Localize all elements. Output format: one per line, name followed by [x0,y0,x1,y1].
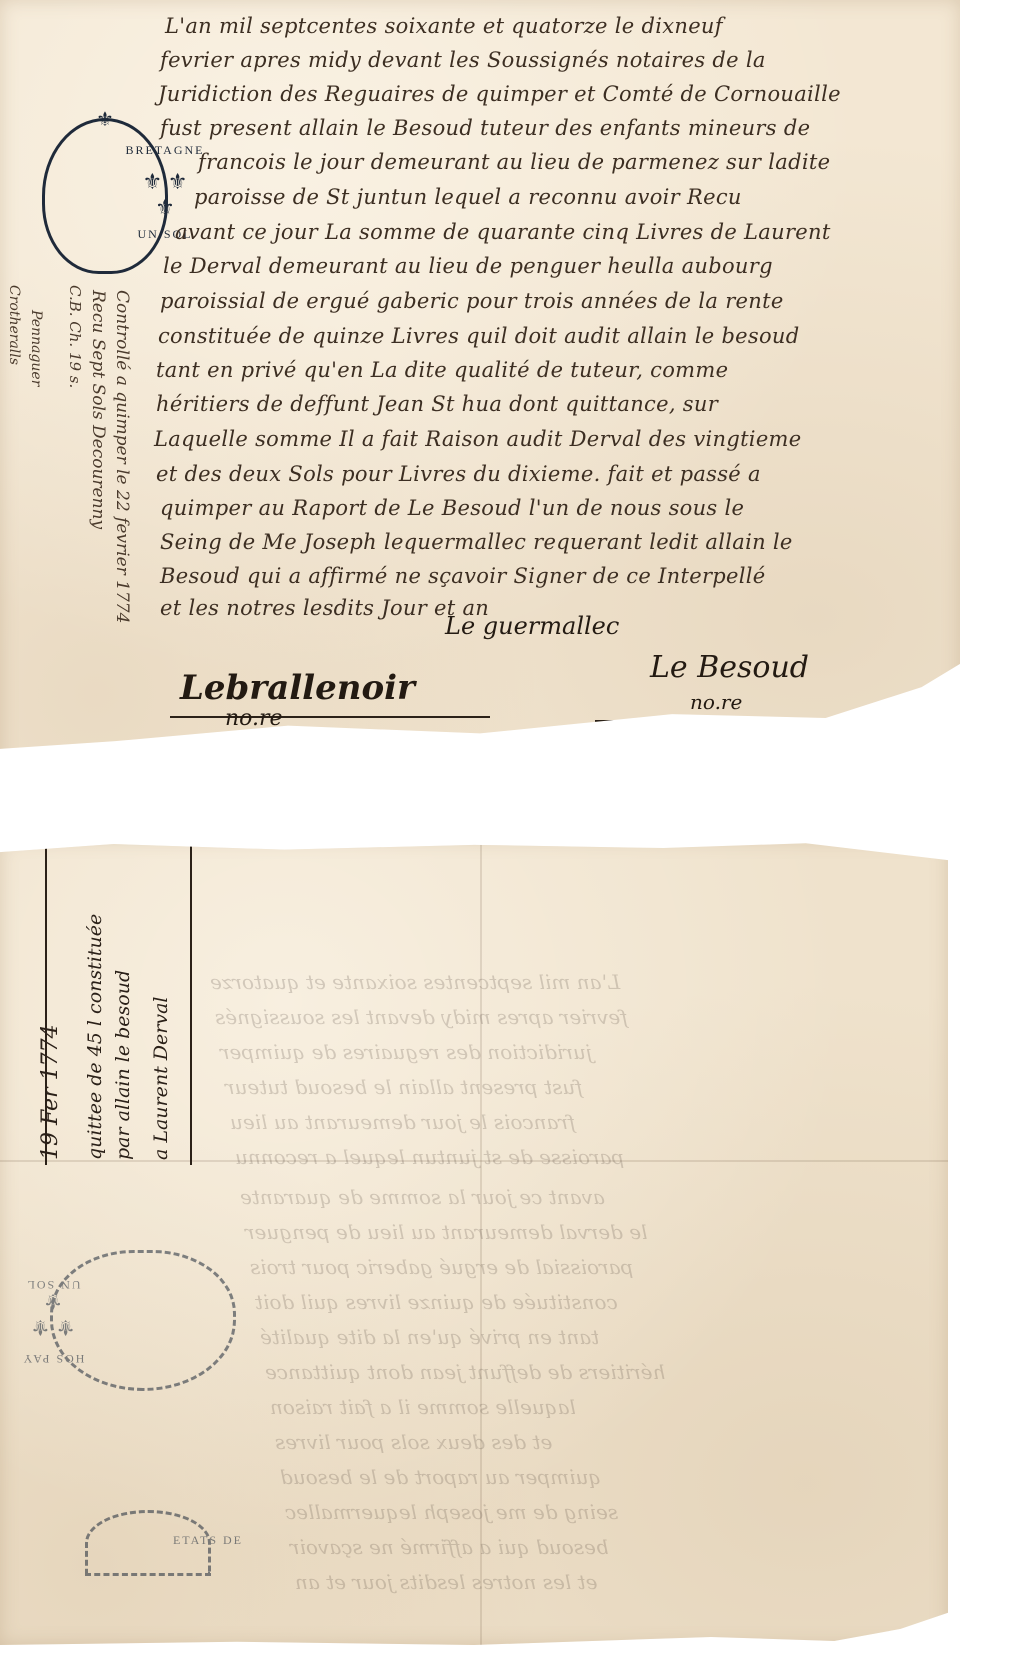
bleedthrough-line: juridiction des reguaires de quimper [220,1040,592,1064]
bleedthrough-line: besoud qui a affirmé ne sçavoir [290,1535,609,1559]
deed-line: constituée de quinze Livres quil doit au… [158,324,800,348]
deed-line: Laquelle somme Il a fait Raison audit De… [154,427,802,451]
bleedthrough-line: avant ce jour la somme de quarante [240,1185,605,1209]
deed-line: avant ce jour La somme de quarante cinq … [175,220,831,244]
signature-le-besoud: Le Besoud [650,650,809,685]
notary-title: no.re [690,690,742,714]
margin-note-line: Crotheralls [6,285,22,365]
signature-lebrallenoir: Lebrallenoir [180,668,415,708]
bleedthrough-line: tant en privé qu'en la dite qualité [260,1325,599,1349]
etats-stamp: ETATS DE [85,1510,211,1576]
signature-le-guermallec: Le guermallec [445,612,619,640]
deed-line: L'an mil septcentes soixante et quatorze… [165,14,723,38]
bleedthrough-line: laquelle somme il a fait raison [270,1395,576,1419]
docket-line: a Laurent Derval [150,997,172,1161]
stamp-text: ETATS DE [148,1533,268,1548]
bleedthrough-line: quimper au raport de le besoud [280,1465,601,1489]
deed-line: Juridiction des Reguaires de quimper et … [158,82,841,106]
deed-line: et des deux Sols pour Livres du dixieme.… [156,462,761,486]
bleedthrough-line: le derval demeurant au lieu de penguer [245,1220,647,1244]
docket-rule [190,840,192,1165]
notary-title: no.re [225,706,283,731]
signature-underline [595,720,835,722]
bleedthrough-line: fevrier apres midy devant les soussignés [215,1005,628,1029]
deed-line: paroisse de St juntun lequel a reconnu a… [194,185,742,209]
bleedthrough-line: paroisse de st juntun lequel a reconnu [235,1145,624,1169]
bretagne-tax-stamp-reverse: HOS PAY ⚜ ⚜⚜ UN SOL [50,1250,236,1391]
bleedthrough-line: et les notres lesdits jour et an [295,1570,598,1594]
deed-line: tant en privé qu'en La dite qualité de t… [156,358,728,382]
docket-line: par allain le besoud [112,970,134,1160]
bleedthrough-line: héritiers de deffunt jean dont quittance [265,1360,665,1384]
margin-note-line: Pennaguer [28,310,44,386]
margin-note-line: Recu Sept Sols Decourenny [88,290,108,529]
deed-line: fust present allain le Besoud tuteur des… [160,116,810,140]
bleedthrough-line: paroissial de ergué gaberic pour trois [250,1255,633,1279]
margin-note-line: C.B. Ch. 19 s. [66,285,84,388]
deed-line: Seing de Me Joseph lequermallec requeran… [160,530,793,554]
deed-line: francois le jour demeurant au lieu de pa… [198,150,830,174]
bretagne-tax-stamp: ⚜ BRETAGNE ⚜ ⚜⚜ UN SOL [42,118,168,274]
docket-line: quittee de 45 l constituée [84,914,106,1160]
deed-line: héritiers de deffunt Jean St hua dont qu… [156,392,718,416]
signature-underline [170,716,490,718]
bleedthrough-line: L'an mil septcentes soixante et quatorze [210,970,620,994]
margin-note-line: Controllé a quimper le 22 fevrier 1774 [112,290,132,623]
document-front-page: ⚜ BRETAGNE ⚜ ⚜⚜ UN SOL L'an mil septcent… [0,0,960,772]
bleedthrough-line: seing de me joseph lequermallec [285,1500,618,1524]
document-back-page: 19 Fer 1774 quittee de 45 l constituée p… [0,840,948,1645]
bleedthrough-line: francois le jour demeurant au lieu [230,1110,575,1134]
bleedthrough-line: fust present allain le besoud tuteur [225,1075,583,1099]
deed-line: fevrier apres midy devant les Soussignés… [160,48,766,72]
deed-line: quimper au Raport de Le Besoud l'un de n… [160,496,744,520]
bleedthrough-line: et des deux sols pour livres [275,1430,552,1454]
deed-line: et les notres lesdits Jour et an [160,596,489,620]
docket-date: 19 Fer 1774 [38,1024,63,1160]
deed-line: le Derval demeurant au lieu de penguer h… [163,254,773,278]
deed-line: paroissial de ergué gaberic pour trois a… [160,289,784,313]
stamp-top-text: HOS PAY [0,1351,143,1366]
bleedthrough-line: constituée de quinze livres quil doit [255,1290,618,1314]
stamp-bottom-text: UN SOL [0,1277,143,1292]
fleur-de-lis-icon: ⚜ ⚜⚜ [0,1288,143,1340]
deed-line: Besoud qui a affirmé ne sçavoir Signer d… [160,564,766,588]
fleur-de-lis-icon: ⚜ [96,107,114,132]
